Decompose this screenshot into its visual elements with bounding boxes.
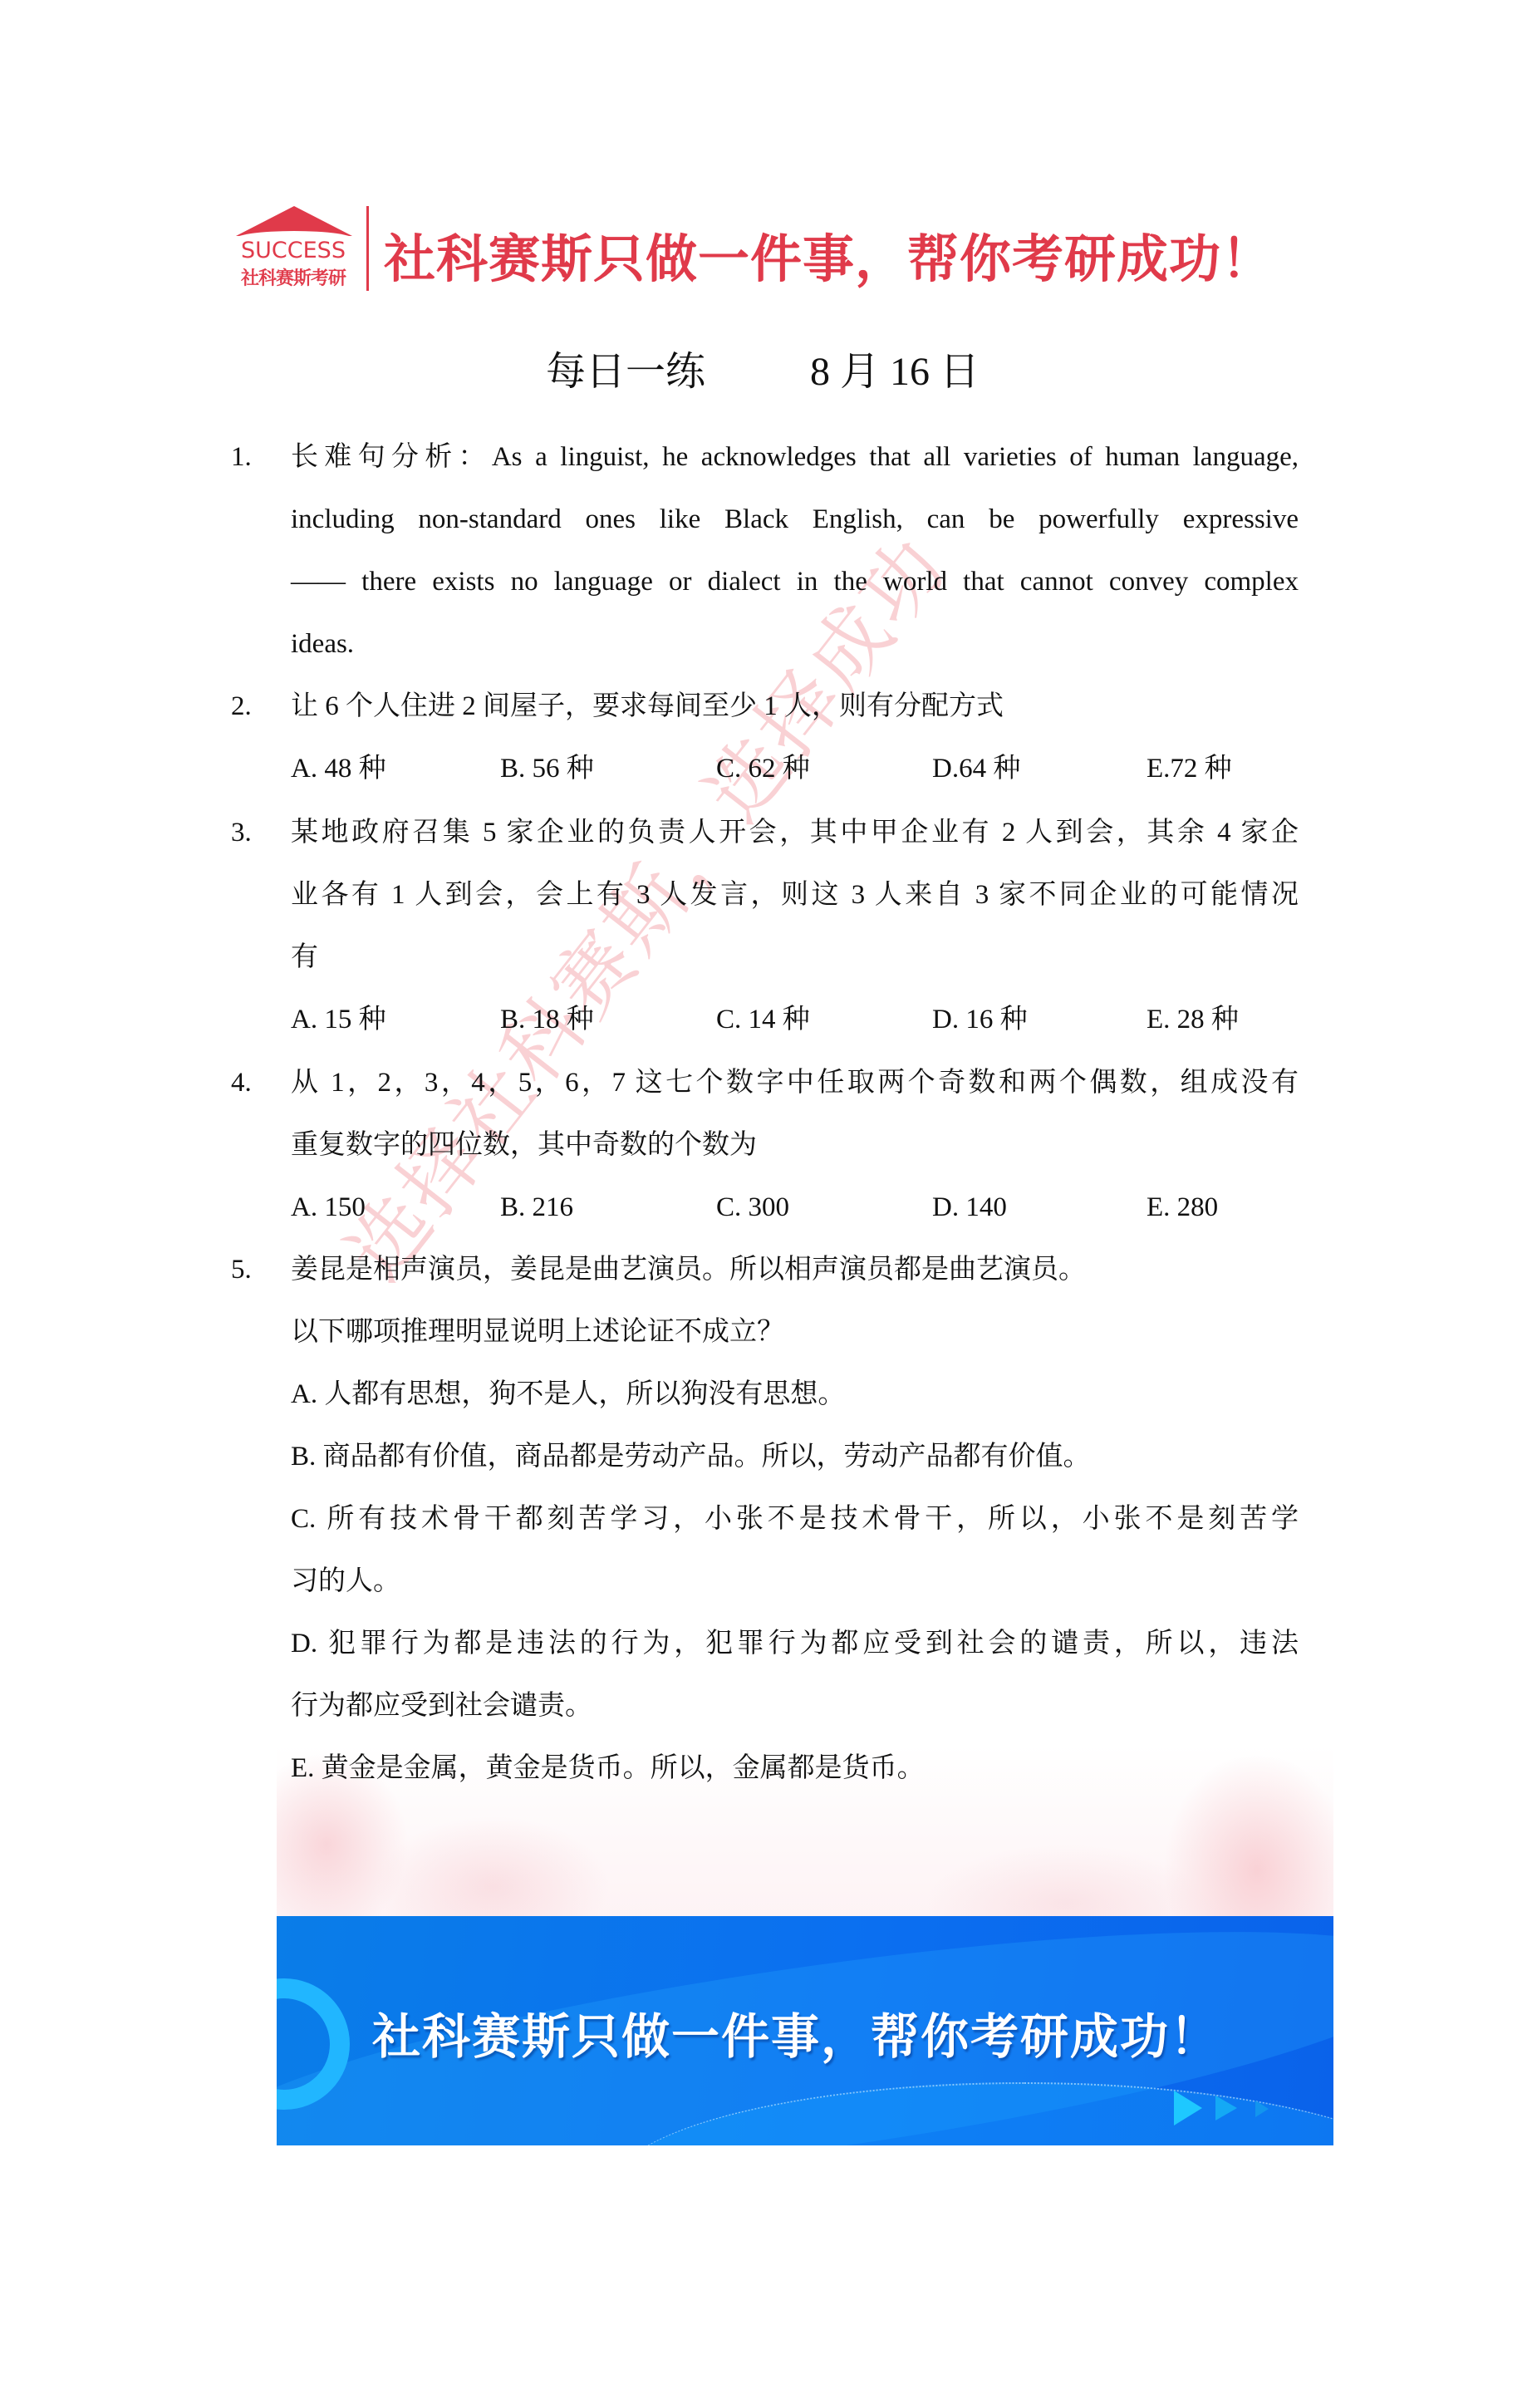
question-number: 2. — [231, 690, 252, 723]
question-text: ideas. — [291, 627, 354, 661]
option-e: E. 黄金是金属，黄金是货币。所以，金属都是货币。 — [291, 1752, 925, 1785]
page-title: 每日一练 8 月 16 日 — [0, 339, 1532, 405]
brand-cn: 社科赛斯考研 — [231, 264, 356, 290]
option-d: D.64 种 — [932, 752, 1020, 785]
arrow-icon — [1215, 2096, 1237, 2121]
question-prompt: 以下哪项推理明显说明上述论证不成立？ — [291, 1315, 784, 1349]
option-a: A. 48 种 — [291, 752, 386, 785]
option-b: B. 商品都有价值，商品都是劳动产品。所以，劳动产品都有价值。 — [291, 1440, 1091, 1473]
title-date: 8 月 16 日 — [810, 339, 980, 396]
option-c: C. 300 — [716, 1191, 789, 1224]
header-banner: SUCCESS 社科赛斯考研 社科赛斯只做一件事，帮你考研成功！ — [224, 199, 1321, 295]
arrow-icon — [1174, 2091, 1202, 2125]
option-a: A. 15 种 — [291, 1003, 386, 1036]
option-c: C. 14 种 — [716, 1003, 810, 1036]
brand-logo: SUCCESS 社科赛斯考研 — [231, 199, 356, 291]
option-a: A. 人都有思想，狗不是人，所以狗没有思想。 — [291, 1378, 845, 1411]
footer-banner: 社科赛斯只做一件事，帮你考研成功！ — [277, 1916, 1333, 2145]
option-e: E.72 种 — [1147, 752, 1232, 785]
option-d: D. 140 — [932, 1191, 1007, 1224]
question-text: —— there exists no language or dialect i… — [291, 565, 1299, 598]
option-d: D. 16 种 — [932, 1003, 1028, 1036]
question-text: 某地政府召集 5 家企业的负责人开会，其中甲企业有 2 人到会，其余 4 家企 — [291, 816, 1299, 849]
option-e: E. 280 — [1147, 1191, 1218, 1224]
title-label: 每日一练 — [546, 339, 705, 396]
option-c-cont: 习的人。 — [291, 1565, 400, 1598]
footer-slogan: 社科赛斯只做一件事，帮你考研成功！ — [372, 1998, 1220, 2067]
question-text: including non-standard ones like Black E… — [291, 503, 1299, 536]
question-number: 3. — [231, 816, 252, 849]
option-b: B. 216 — [500, 1191, 573, 1224]
question-text: 长难句分析：As a linguist, he acknowledges tha… — [291, 440, 1299, 474]
option-a: A. 150 — [291, 1191, 366, 1224]
arrow-icon — [1255, 2101, 1269, 2117]
header-divider — [366, 206, 369, 291]
option-c: C. 62 种 — [716, 752, 810, 785]
question-text: 重复数字的四位数，其中奇数的个数为 — [291, 1128, 757, 1162]
header-slogan: 社科赛斯只做一件事，帮你考研成功！ — [384, 218, 1274, 292]
option-d: D. 犯罪行为都是违法的行为，犯罪行为都应受到社会的谴责，所以，违法 — [291, 1627, 1299, 1660]
question-text: 从 1，2，3，4，5，6，7 这七个数字中任取两个奇数和两个偶数，组成没有 — [291, 1066, 1299, 1099]
option-d-cont: 行为都应受到社会谴责。 — [291, 1689, 592, 1722]
option-e: E. 28 种 — [1147, 1003, 1239, 1036]
question-number: 5. — [231, 1253, 252, 1286]
option-b: B. 56 种 — [500, 752, 594, 785]
brand-en: SUCCESS — [233, 238, 354, 263]
question-text: 业各有 1 人到会，会上有 3 人发言，则这 3 人来自 3 家不同企业的可能情… — [291, 878, 1299, 912]
question-text: 有 — [291, 941, 318, 974]
question-number: 4. — [231, 1066, 252, 1099]
question-number: 1. — [231, 440, 252, 474]
option-c: C. 所有技术骨干都刻苦学习，小张不是技术骨干，所以，小张不是刻苦学 — [291, 1502, 1299, 1536]
option-b: B. 18 种 — [500, 1003, 594, 1036]
question-text: 让 6 个人住进 2 间屋子，要求每间至少 1 人，则有分配方式 — [291, 690, 1004, 723]
question-text: 姜昆是相声演员，姜昆是曲艺演员。所以相声演员都是曲艺演员。 — [291, 1253, 1086, 1286]
